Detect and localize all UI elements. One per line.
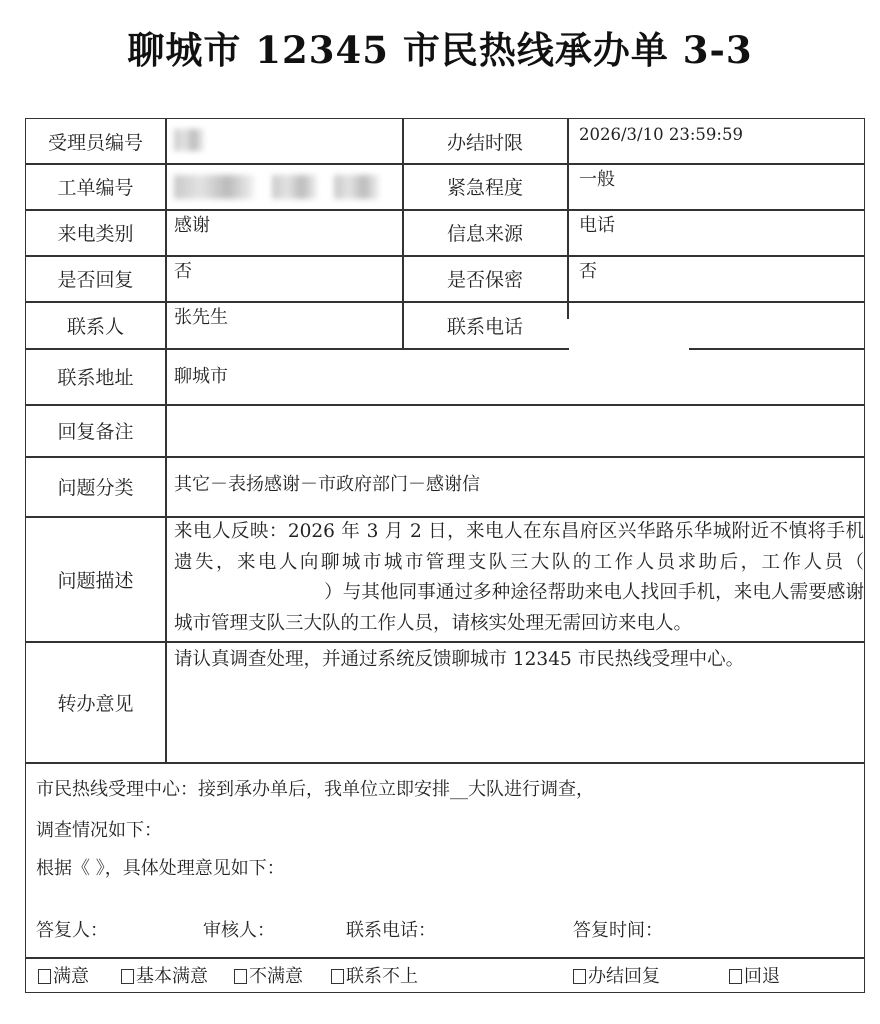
work-order-form: 受理员编号 办结时限 2026/3/10 23:59:59 工单编号 紧急程度 … (25, 118, 865, 993)
option-unreachable[interactable]: 联系不上 (331, 962, 418, 988)
checkbox-icon[interactable] (331, 969, 344, 984)
description-text-part1: 来电人反映：2026 年 3 月 2 日，来电人在东昌府区兴华路乐华城附近不慎将… (174, 521, 864, 573)
divider (165, 119, 167, 762)
option-satisfied[interactable]: 满意 (38, 962, 89, 988)
response-line-2: 调查情况如下： (36, 816, 162, 842)
contact-phone-value-redacted (569, 319, 689, 351)
deadline-value: 2026/3/10 23:59:59 (579, 125, 743, 145)
label-address: 联系地址 (26, 349, 165, 404)
label-call-type: 来电类别 (26, 210, 165, 255)
response-line-3: 根据《 》，具体处理意见如下： (36, 854, 285, 880)
option-basically-satisfied[interactable]: 基本满意 (121, 962, 208, 988)
reply-needed-value: 否 (174, 261, 192, 283)
divider (26, 957, 864, 959)
reply-time-label: 答复时间： (573, 916, 663, 942)
replier-label: 答复人： (36, 916, 108, 942)
order-no-value-redacted (174, 175, 379, 199)
label-reply-needed: 是否回复 (26, 256, 165, 301)
page-title: 聊城市 12345 市民热线承办单 3-3 (0, 20, 880, 74)
label-category: 问题分类 (26, 457, 165, 516)
label-confidential: 是否保密 (403, 256, 567, 301)
info-source-value: 电话 (579, 215, 615, 237)
checkbox-icon[interactable] (38, 969, 51, 984)
divider (26, 762, 864, 764)
label-order-no: 工单编号 (26, 164, 165, 209)
category-value: 其它－表扬感谢－市政府部门－感谢信 (174, 474, 480, 496)
label-description: 问题描述 (26, 517, 165, 641)
checkbox-icon[interactable] (729, 969, 742, 984)
label-deadline: 办结时限 (403, 119, 567, 163)
urgency-value: 一般 (579, 169, 615, 191)
call-type-value: 感谢 (174, 215, 210, 237)
redacted-name (174, 583, 324, 603)
divider (567, 119, 569, 319)
phone-label: 联系电话： (346, 916, 436, 942)
option-return[interactable]: 回退 (729, 962, 780, 988)
checkbox-icon[interactable] (573, 969, 586, 984)
transfer-opinion-value: 请认真调查处理，并通过系统反馈聊城市 12345 市民热线受理中心。 (174, 649, 744, 671)
handler-id-value-redacted (174, 129, 204, 151)
confidential-value: 否 (579, 261, 597, 283)
address-value: 聊城市 (174, 366, 228, 388)
checkbox-icon[interactable] (234, 969, 247, 984)
checkbox-icon[interactable] (121, 969, 134, 984)
label-handler-id: 受理员编号 (26, 119, 165, 163)
description-value: 来电人反映：2026 年 3 月 2 日，来电人在东昌府区兴华路乐华城附近不慎将… (174, 517, 864, 639)
label-reply-note: 回复备注 (26, 405, 165, 456)
label-urgency: 紧急程度 (403, 164, 567, 209)
contact-person-value: 张先生 (174, 307, 228, 329)
label-contact-phone: 联系电话 (403, 302, 567, 348)
label-contact-person: 联系人 (26, 302, 165, 348)
label-info-source: 信息来源 (403, 210, 567, 255)
label-transfer-opinion: 转办意见 (26, 642, 165, 762)
response-line-1: 市民热线受理中心：接到承办单后，我单位立即安排__大队进行调查， (36, 775, 594, 801)
reviewer-label: 审核人： (203, 916, 275, 942)
option-unsatisfied[interactable]: 不满意 (234, 962, 303, 988)
option-completed-reply[interactable]: 办结回复 (573, 962, 660, 988)
